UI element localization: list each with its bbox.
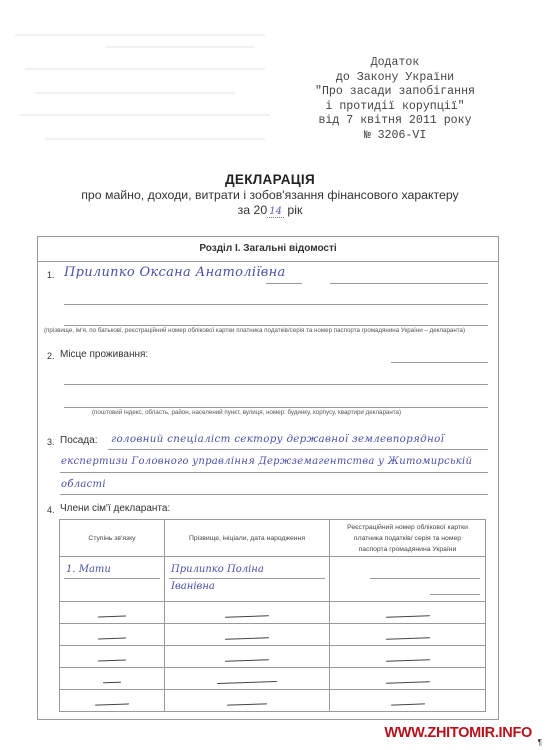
document-title: ДЕКЛАРАЦІЯ	[60, 172, 480, 187]
site-watermark: WWW.ZHITOMIR.INFO	[384, 725, 532, 741]
item2-hint: (поштовий індекс, область, район, населе…	[92, 409, 401, 416]
column-header-name: Прізвище, ініціали, дата народження	[165, 520, 330, 557]
table-row	[60, 690, 486, 712]
rule	[430, 594, 480, 595]
empty-dash	[103, 681, 121, 683]
item-number: 1.	[47, 270, 55, 280]
rule	[330, 283, 488, 284]
item-number: 2.	[47, 351, 55, 361]
column-header-relation: Ступінь зв'язку	[60, 520, 165, 557]
table-header-row: Ступінь зв'язку Прізвище, ініціали, дата…	[60, 520, 486, 557]
corner-mark-icon: ¶	[538, 738, 542, 747]
relation-cell[interactable]	[60, 646, 165, 668]
bleed-through-artifact	[5, 30, 275, 170]
residence-field-line[interactable]	[64, 384, 488, 385]
rule	[64, 578, 160, 579]
annex-line: "Про засади запобігання	[290, 85, 500, 100]
tax-id-cell[interactable]	[330, 668, 486, 690]
column-header-tax-id: Реєстраційний номер облікової картки пла…	[330, 520, 486, 557]
item-number: 3.	[47, 437, 55, 447]
family-members-label: Члени сім'ї декларанта:	[60, 503, 170, 514]
annex-line: і протидії корупції"	[290, 100, 500, 115]
item1-hint: (прізвище, ім'я, по батькові, реєстрацій…	[44, 327, 465, 334]
item-number: 4.	[47, 505, 55, 515]
year-field[interactable]: 14	[267, 206, 284, 218]
relation-cell[interactable]	[60, 690, 165, 712]
table-row	[60, 668, 486, 690]
empty-dash	[217, 680, 277, 683]
relation-cell[interactable]: 1. Мати	[60, 557, 165, 602]
member-name-cell[interactable]	[165, 646, 330, 668]
residence-field-line[interactable]	[64, 407, 488, 408]
table-row	[60, 646, 486, 668]
empty-dash	[390, 703, 424, 705]
member-name-cell[interactable]	[165, 668, 330, 690]
empty-dash	[225, 637, 269, 640]
table-row	[60, 624, 486, 646]
rule	[64, 325, 488, 326]
declaration-title: ДЕКЛАРАЦІЯ про майно, доходи, витрати і …	[60, 172, 480, 217]
section-heading: Розділ І. Загальні відомості	[38, 237, 498, 262]
empty-dash	[227, 703, 267, 705]
member-name-cell[interactable]: Прилипко Поліна Іванівна	[165, 557, 330, 602]
empty-dash	[95, 703, 129, 705]
tax-id-cell[interactable]	[330, 690, 486, 712]
rule	[370, 578, 480, 579]
tax-id-cell[interactable]	[330, 624, 486, 646]
member-name-cell[interactable]	[165, 624, 330, 646]
empty-dash	[225, 659, 269, 662]
family-members-table: Ступінь зв'язку Прізвище, ініціали, дата…	[59, 519, 486, 712]
table-row	[60, 602, 486, 624]
relation-cell[interactable]	[60, 668, 165, 690]
rule	[60, 494, 488, 495]
declarant-name-field[interactable]: Прилипко Оксана Анатоліївна	[64, 265, 286, 280]
empty-dash	[385, 615, 429, 618]
annex-line: № 3206-VI	[290, 129, 500, 144]
empty-dash	[98, 659, 126, 661]
position-field-line-3[interactable]: області	[61, 479, 106, 490]
section-general-info: Розділ І. Загальні відомості 1. Прилипко…	[37, 236, 499, 720]
empty-dash	[385, 681, 429, 684]
rule	[64, 304, 488, 305]
rule	[108, 449, 488, 450]
residence-label: Місце проживання:	[60, 349, 148, 360]
position-field-line-2[interactable]: експертизи Головного управління Держзема…	[61, 456, 472, 467]
tax-id-cell[interactable]	[330, 557, 486, 602]
rule	[266, 283, 302, 284]
empty-dash	[385, 659, 429, 662]
position-label: Посада:	[60, 435, 98, 446]
relation-cell[interactable]	[60, 624, 165, 646]
empty-dash	[225, 615, 269, 618]
empty-dash	[385, 637, 429, 640]
residence-field[interactable]	[391, 362, 488, 363]
member-name-cell[interactable]	[165, 602, 330, 624]
table-row: 1. Мати Прилипко Поліна Іванівна	[60, 557, 486, 602]
member-name-cell[interactable]	[165, 690, 330, 712]
tax-id-cell[interactable]	[330, 646, 486, 668]
annex-line: від 7 квітня 2011 року	[290, 114, 500, 129]
position-field-line-1[interactable]: головний спеціаліст сектору державної зе…	[111, 433, 444, 445]
annex-line: Додаток	[290, 56, 500, 71]
declaration-year: за 2014 рік	[60, 203, 480, 217]
empty-dash	[98, 615, 126, 617]
empty-dash	[98, 637, 126, 639]
rule	[169, 578, 325, 579]
law-annex-reference: Додаток до Закону України "Про засади за…	[290, 56, 500, 144]
rule	[60, 472, 488, 473]
relation-cell[interactable]	[60, 602, 165, 624]
tax-id-cell[interactable]	[330, 602, 486, 624]
annex-line: до Закону України	[290, 71, 500, 86]
document-subtitle: про майно, доходи, витрати і зобов'язанн…	[60, 188, 480, 202]
